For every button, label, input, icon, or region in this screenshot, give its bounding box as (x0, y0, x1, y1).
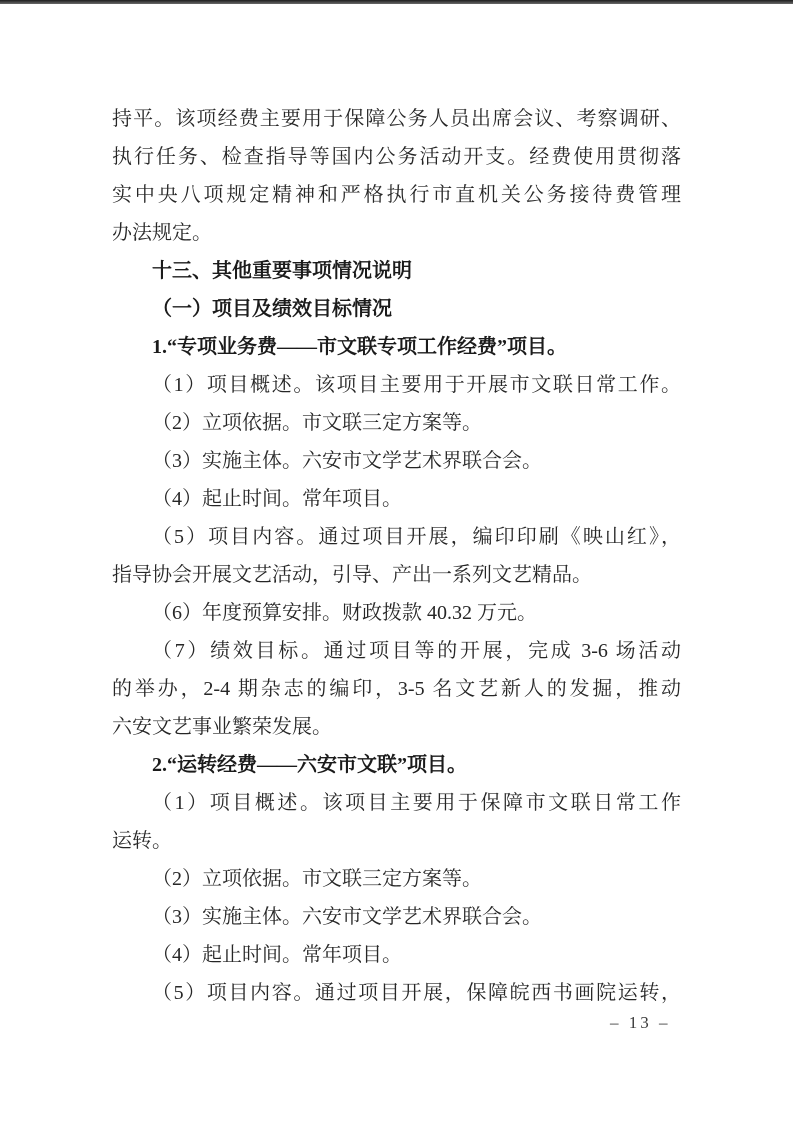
text-line: 持平。该项经费主要用于保障公务人员出席会议、考察调研、 (112, 100, 681, 138)
text-line: （1）项目概述。该项目主要用于保障市文联日常工作 (112, 784, 681, 822)
text-line: （4）起止时间。常年项目。 (112, 936, 681, 974)
heading-line: 1.“专项业务费——市文联专项工作经费”项目。 (112, 328, 681, 366)
document-body: 持平。该项经费主要用于保障公务人员出席会议、考察调研、执行任务、检查指导等国内公… (112, 100, 681, 1012)
heading-line: 十三、其他重要事项情况说明 (112, 252, 681, 290)
document-page: 持平。该项经费主要用于保障公务人员出席会议、考察调研、执行任务、检查指导等国内公… (0, 0, 793, 1122)
text-line: 的举办，2-4 期杂志的编印，3-5 名文艺新人的发掘，推动 (112, 670, 681, 708)
text-line: （2）立项依据。市文联三定方案等。 (112, 860, 681, 898)
scan-artifact-top-edge (0, 0, 793, 4)
text-line: （7）绩效目标。通过项目等的开展，完成 3-6 场活动 (112, 632, 681, 670)
text-line: （4）起止时间。常年项目。 (112, 480, 681, 518)
text-line: （3）实施主体。六安市文学艺术界联合会。 (112, 898, 681, 936)
heading-line: （一）项目及绩效目标情况 (112, 290, 681, 328)
text-line: （5）项目内容。通过项目开展，保障皖西书画院运转， (112, 974, 681, 1012)
heading-line: 2.“运转经费——六安市文联”项目。 (112, 746, 681, 784)
text-line: 指导协会开展文艺活动，引导、产出一系列文艺精品。 (112, 556, 681, 594)
page-number: – 13 – (610, 1013, 671, 1033)
text-line: （2）立项依据。市文联三定方案等。 (112, 404, 681, 442)
text-line: 执行任务、检查指导等国内公务活动开支。经费使用贯彻落 (112, 138, 681, 176)
text-line: 运转。 (112, 822, 681, 860)
text-line: （1）项目概述。该项目主要用于开展市文联日常工作。 (112, 366, 681, 404)
text-line: （6）年度预算安排。财政拨款 40.32 万元。 (112, 594, 681, 632)
text-line: 六安文艺事业繁荣发展。 (112, 708, 681, 746)
text-line: 办法规定。 (112, 214, 681, 252)
text-line: 实中央八项规定精神和严格执行市直机关公务接待费管理 (112, 176, 681, 214)
text-line: （3）实施主体。六安市文学艺术界联合会。 (112, 442, 681, 480)
text-line: （5）项目内容。通过项目开展，编印印刷《映山红》， (112, 518, 681, 556)
